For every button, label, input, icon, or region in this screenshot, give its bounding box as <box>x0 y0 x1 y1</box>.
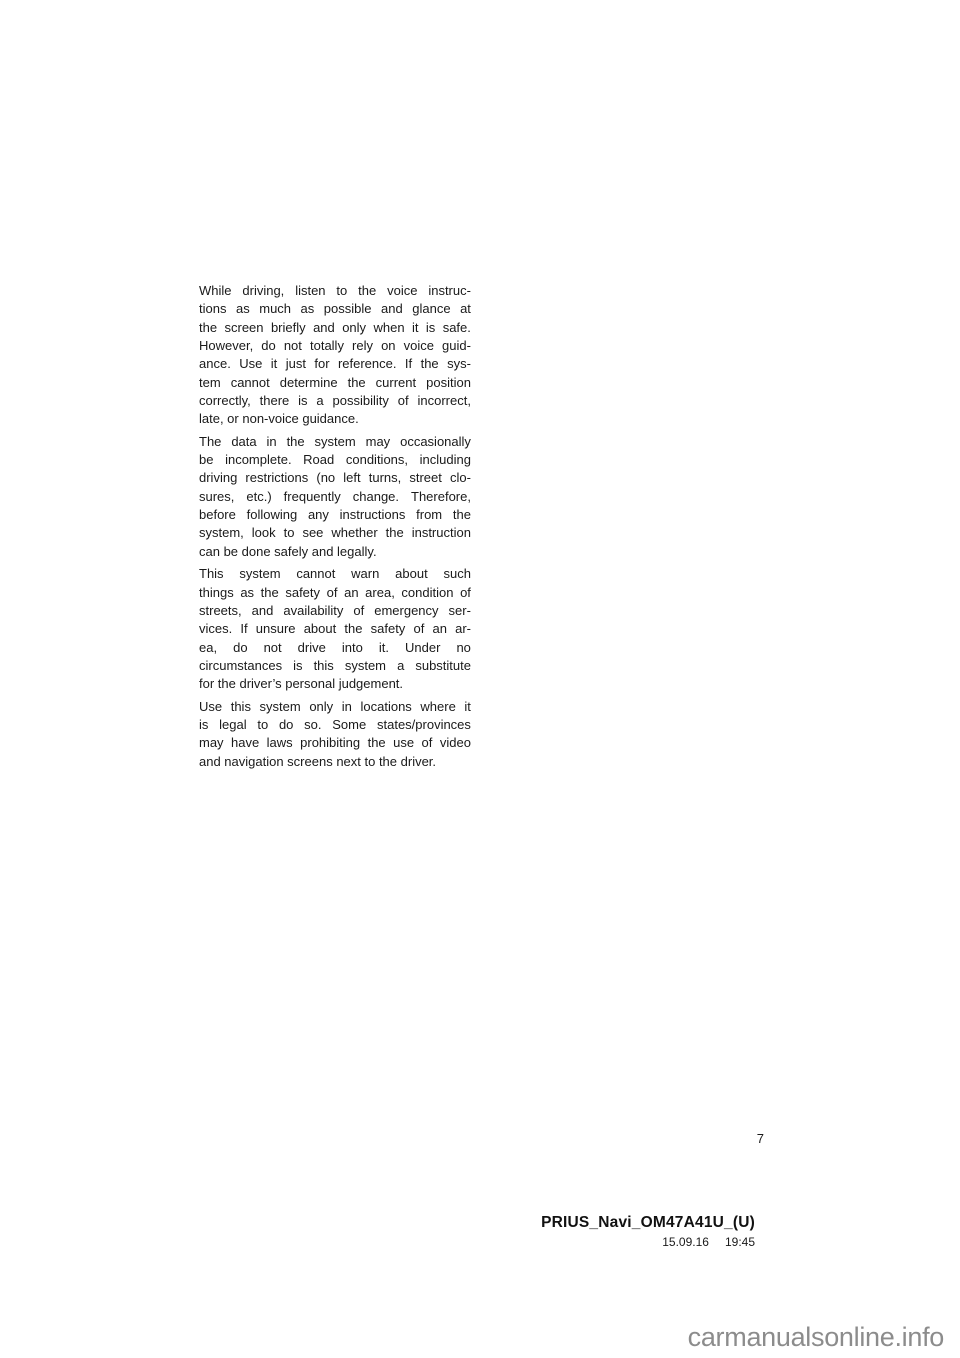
text-line: late, or non-voice guidance. <box>199 410 471 428</box>
paragraph: Thedatainthesystemmayoccasionallybeincom… <box>199 433 471 561</box>
text-line: Whiledriving,listentothevoiceinstruc- <box>199 282 471 300</box>
paragraph: Usethissystemonlyinlocationswhereitisleg… <box>199 698 471 771</box>
page-number: 7 <box>734 1131 764 1146</box>
text-line: system,looktoseewhethertheinstruction <box>199 524 471 542</box>
footer-time: 19:45 <box>725 1235 755 1249</box>
text-line: thescreenbrieflyandonlywhenitissafe. <box>199 319 471 337</box>
footer-datetime: 15.09.1619:45 <box>541 1235 755 1249</box>
text-line: thingsasthesafetyofanarea,conditionof <box>199 584 471 602</box>
footer-doc-id: PRIUS_Navi_OM47A41U_(U) <box>541 1214 755 1232</box>
text-line: Thedatainthesystemmayoccasionally <box>199 433 471 451</box>
text-line: for the driver’s personal judgement. <box>199 675 471 693</box>
watermark: carmanualsonline.info <box>688 1322 944 1353</box>
text-line: Usethissystemonlyinlocationswhereit <box>199 698 471 716</box>
text-line: beforefollowinganyinstructionsfromthe <box>199 506 471 524</box>
paragraph: Thissystemcannotwarnaboutsuchthingsasthe… <box>199 565 471 693</box>
text-line: drivingrestrictions(noleftturns,streetcl… <box>199 469 471 487</box>
footer: PRIUS_Navi_OM47A41U_(U) 15.09.1619:45 <box>541 1214 755 1249</box>
text-line: ea,donotdriveintoit.Underno <box>199 639 471 657</box>
text-line: and navigation screens next to the drive… <box>199 753 471 771</box>
text-line: streets,andavailabilityofemergencyser- <box>199 602 471 620</box>
text-line: vices.Ifunsureaboutthesafetyofanar- <box>199 620 471 638</box>
text-line: circumstancesisthissystemasubstitute <box>199 657 471 675</box>
text-line: ance.Useitjustforreference.Ifthesys- <box>199 355 471 373</box>
text-column: Whiledriving,listentothevoiceinstruc-tio… <box>199 282 471 775</box>
text-line: islegaltodoso.Somestates/provinces <box>199 716 471 734</box>
paragraph: Whiledriving,listentothevoiceinstruc-tio… <box>199 282 471 429</box>
text-line: However,donottotallyrelyonvoiceguid- <box>199 337 471 355</box>
text-line: mayhavelawsprohibitingtheuseofvideo <box>199 734 471 752</box>
text-line: temcannotdeterminethecurrentposition <box>199 374 471 392</box>
text-line: Thissystemcannotwarnaboutsuch <box>199 565 471 583</box>
text-line: tionsasmuchaspossibleandglanceat <box>199 300 471 318</box>
text-line: beincomplete.Roadconditions,including <box>199 451 471 469</box>
text-line: correctly,thereisapossibilityofincorrect… <box>199 392 471 410</box>
footer-date: 15.09.16 <box>662 1235 709 1249</box>
document-page: Whiledriving,listentothevoiceinstruc-tio… <box>0 0 960 1358</box>
text-line: sures,etc.)frequentlychange.Therefore, <box>199 488 471 506</box>
text-line: can be done safely and legally. <box>199 543 471 561</box>
